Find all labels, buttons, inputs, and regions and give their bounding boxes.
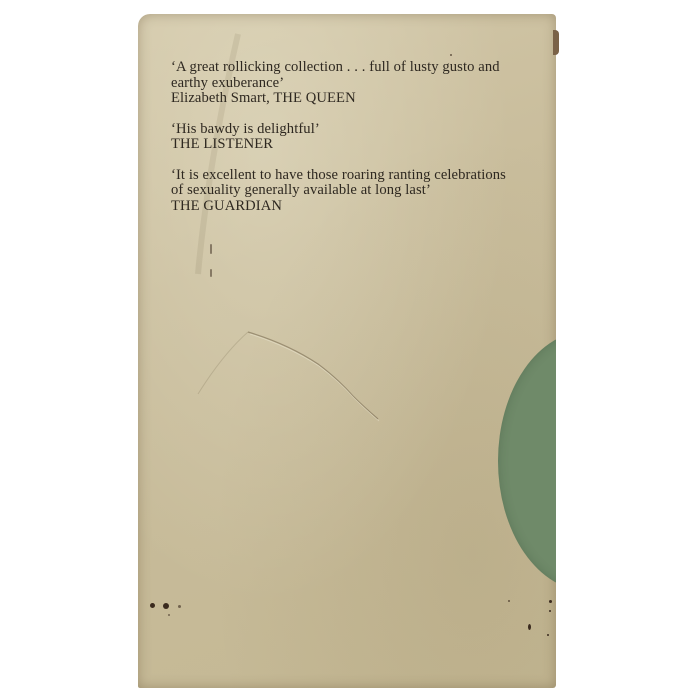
stain-spot	[508, 600, 510, 602]
stain-spot	[178, 605, 181, 608]
book-back-cover: ‘A great rollicking collection . . . ful…	[138, 14, 556, 688]
quote-text-line: of sexuality generally available at long…	[171, 183, 541, 199]
quote-source: THE LISTENER	[171, 137, 541, 153]
quote-source: Elizabeth Smart, THE QUEEN	[171, 91, 541, 107]
quote-text-line: earthy exuberance’	[171, 76, 541, 92]
stain-spot	[528, 624, 531, 630]
quote-source: THE GUARDIAN	[171, 199, 541, 215]
stain-spot	[168, 614, 170, 616]
stain-spot	[210, 244, 212, 254]
quote-queen: ‘A great rollicking collection . . . ful…	[171, 60, 541, 107]
stain-spot	[549, 610, 551, 612]
stain-spot	[547, 634, 549, 636]
stain-spot	[549, 600, 552, 603]
green-semicircle-decoration	[498, 331, 556, 591]
stain-spot	[210, 269, 212, 277]
cover-edge-tab	[553, 30, 559, 55]
quote-guardian: ‘It is excellent to have those roaring r…	[171, 168, 541, 215]
quote-listener: ‘His bawdy is delightful’ THE LISTENER	[171, 122, 541, 153]
quote-text-line: ‘His bawdy is delightful’	[171, 122, 541, 138]
stain-spot	[163, 603, 169, 609]
stain-spot	[150, 603, 155, 608]
review-quotes: ‘A great rollicking collection . . . ful…	[171, 60, 541, 229]
quote-text-line: ‘A great rollicking collection . . . ful…	[171, 60, 541, 76]
stain-spot	[450, 54, 452, 56]
quote-text-line: ‘It is excellent to have those roaring r…	[171, 168, 541, 184]
